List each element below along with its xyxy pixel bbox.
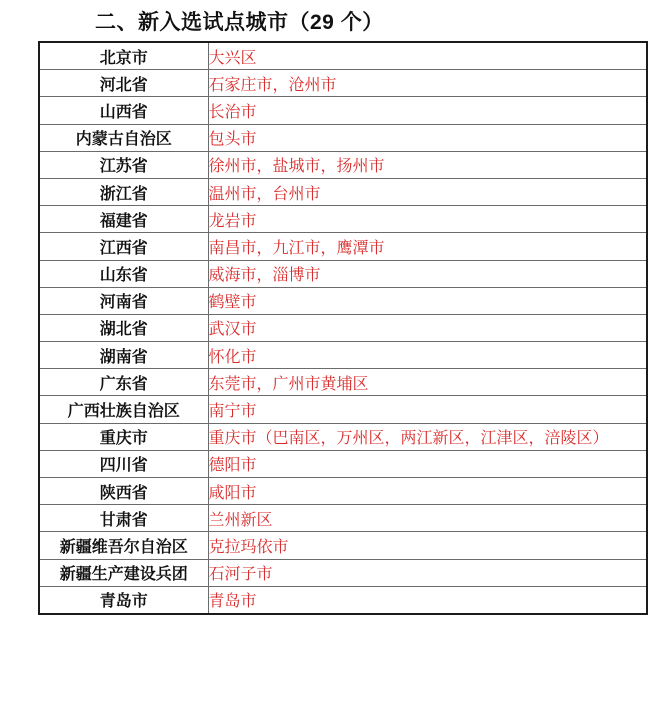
table-row: 浙江省 温州市，台州市 <box>39 178 647 205</box>
cities-cell: 徐州市，盐城市，扬州市 <box>208 151 647 178</box>
table-row: 新疆维吾尔自治区 克拉玛依市 <box>39 532 647 559</box>
region-cell: 山西省 <box>39 97 208 124</box>
table-row: 重庆市 重庆市（巴南区，万州区，两江新区，江津区，涪陵区） <box>39 423 647 450</box>
table-row: 河北省 石家庄市，沧州市 <box>39 70 647 97</box>
cities-cell: 温州市，台州市 <box>208 178 647 205</box>
cities-cell: 兰州新区 <box>208 505 647 532</box>
cities-cell: 威海市，淄博市 <box>208 260 647 287</box>
cities-cell: 石家庄市，沧州市 <box>208 70 647 97</box>
cities-cell: 青岛市 <box>208 586 647 614</box>
cities-cell: 南昌市，九江市，鹰潭市 <box>208 233 647 260</box>
cities-cell: 重庆市（巴南区，万州区，两江新区，江津区，涪陵区） <box>208 423 647 450</box>
table-row: 内蒙古自治区 包头市 <box>39 124 647 151</box>
region-cell: 北京市 <box>39 42 208 70</box>
region-cell: 湖北省 <box>39 314 208 341</box>
region-cell: 河南省 <box>39 287 208 314</box>
city-table-body: 北京市 大兴区 河北省 石家庄市，沧州市 山西省 长治市 内蒙古自治区 包头市 … <box>39 42 647 614</box>
table-row: 江苏省 徐州市，盐城市，扬州市 <box>39 151 647 178</box>
region-cell: 广西壮族自治区 <box>39 396 208 423</box>
table-row: 广西壮族自治区 南宁市 <box>39 396 647 423</box>
table-row: 福建省 龙岩市 <box>39 206 647 233</box>
cities-cell: 龙岩市 <box>208 206 647 233</box>
cities-cell: 南宁市 <box>208 396 647 423</box>
cities-cell: 东莞市，广州市黄埔区 <box>208 369 647 396</box>
cities-cell: 武汉市 <box>208 314 647 341</box>
region-cell: 河北省 <box>39 70 208 97</box>
region-cell: 新疆生产建设兵团 <box>39 559 208 586</box>
cities-cell: 德阳市 <box>208 450 647 477</box>
region-cell: 江西省 <box>39 233 208 260</box>
table-row: 山东省 威海市，淄博市 <box>39 260 647 287</box>
document-page: 二、新入选试点城市（29 个） 北京市 大兴区 河北省 石家庄市，沧州市 山西省… <box>0 0 661 711</box>
cities-cell: 咸阳市 <box>208 478 647 505</box>
region-cell: 广东省 <box>39 369 208 396</box>
table-row: 河南省 鹤壁市 <box>39 287 647 314</box>
region-cell: 四川省 <box>39 450 208 477</box>
cities-cell: 克拉玛依市 <box>208 532 647 559</box>
region-cell: 江苏省 <box>39 151 208 178</box>
table-row: 湖北省 武汉市 <box>39 314 647 341</box>
table-row: 四川省 德阳市 <box>39 450 647 477</box>
region-cell: 甘肃省 <box>39 505 208 532</box>
pilot-city-table: 北京市 大兴区 河北省 石家庄市，沧州市 山西省 长治市 内蒙古自治区 包头市 … <box>38 41 648 615</box>
cities-cell: 包头市 <box>208 124 647 151</box>
cities-cell: 石河子市 <box>208 559 647 586</box>
table-row: 北京市 大兴区 <box>39 42 647 70</box>
table-row: 广东省 东莞市，广州市黄埔区 <box>39 369 647 396</box>
table-row: 新疆生产建设兵团 石河子市 <box>39 559 647 586</box>
cities-cell: 大兴区 <box>208 42 647 70</box>
region-cell: 湖南省 <box>39 342 208 369</box>
region-cell: 山东省 <box>39 260 208 287</box>
cities-cell: 长治市 <box>208 97 647 124</box>
region-cell: 福建省 <box>39 206 208 233</box>
region-cell: 新疆维吾尔自治区 <box>39 532 208 559</box>
table-row: 青岛市 青岛市 <box>39 586 647 614</box>
region-cell: 陕西省 <box>39 478 208 505</box>
region-cell: 重庆市 <box>39 423 208 450</box>
region-cell: 浙江省 <box>39 178 208 205</box>
table-row: 陕西省 咸阳市 <box>39 478 647 505</box>
region-cell: 青岛市 <box>39 586 208 614</box>
table-row: 湖南省 怀化市 <box>39 342 647 369</box>
table-row: 甘肃省 兰州新区 <box>39 505 647 532</box>
region-cell: 内蒙古自治区 <box>39 124 208 151</box>
cities-cell: 鹤壁市 <box>208 287 647 314</box>
cities-cell: 怀化市 <box>208 342 647 369</box>
section-title: 二、新入选试点城市（29 个） <box>95 10 661 36</box>
table-row: 江西省 南昌市，九江市，鹰潭市 <box>39 233 647 260</box>
table-row: 山西省 长治市 <box>39 97 647 124</box>
